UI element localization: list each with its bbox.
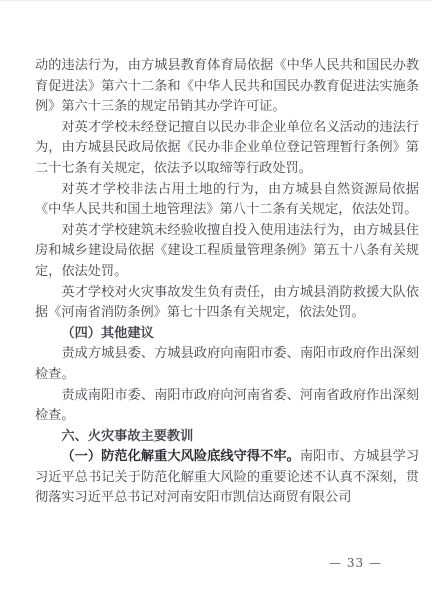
paragraph: 责成南阳市委、南阳市政府向河南省委、河南省政府作出深刻检查。 <box>35 386 419 427</box>
paragraph-with-lead: （一）防范化解重大风险底线守得不牢。南阳市、方城县学习习近平总书记关于防范化解重… <box>35 447 419 509</box>
paragraph: 英才学校对火灾事故发生负有责任，由方城县消防救援大队依据《河南省消防条例》第七十… <box>35 283 419 324</box>
paragraph-continuation: 动的违法行为，由方城县教育体育局依据《中华人民共和国民办教育促进法》第六十二条和… <box>35 56 419 118</box>
paragraph: 对英才学校非法占用土地的行为，由方城县自然资源局依据《中华人民共和国土地管理法》… <box>35 180 419 221</box>
paragraph: 对英才学校未经登记擅自以民办非企业单位名义活动的违法行为，由方城县民政局依据《民… <box>35 118 419 180</box>
page-content: 动的违法行为，由方城县教育体育局依据《中华人民共和国民办教育促进法》第六十二条和… <box>35 56 419 509</box>
paragraph: 对英才学校建筑未经验收擅自投入使用违法行为，由方城县住房和城乡建设局依据《建设工… <box>35 221 419 283</box>
document-page: 动的违法行为，由方城县教育体育局依据《中华人民共和国民办教育促进法》第六十二条和… <box>0 0 432 594</box>
section-subheading-other-suggestions: （四）其他建议 <box>35 324 419 345</box>
paragraph: 责成方城县委、方城县政府向南阳市委、南阳市政府作出深刻检查。 <box>35 344 419 385</box>
paragraph-lead-bold: （一）防范化解重大风险底线守得不牢。 <box>61 449 299 464</box>
page-number: — 33 — <box>329 556 382 570</box>
section-heading-main-lessons: 六、火灾事故主要教训 <box>35 427 419 448</box>
